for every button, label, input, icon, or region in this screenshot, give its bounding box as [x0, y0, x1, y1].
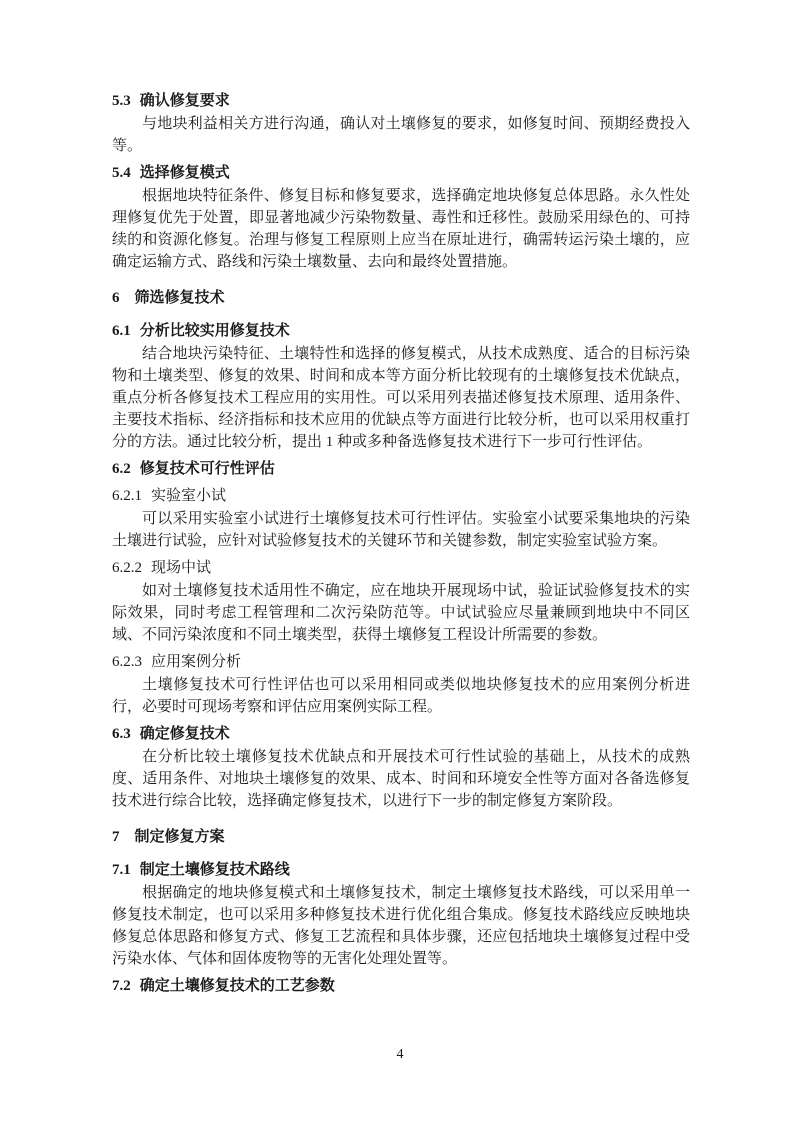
heading-title: 应用案例分析 — [151, 654, 241, 670]
section-heading-6-2-3: 6.2.3应用案例分析 — [112, 651, 690, 673]
chapter-heading-6: 6筛选修复技术 — [112, 287, 690, 309]
heading-title: 实验室小试 — [151, 488, 226, 504]
heading-title: 分析比较实用修复技术 — [140, 322, 290, 339]
heading-title: 现场中试 — [151, 560, 211, 576]
page-number: 4 — [0, 1044, 800, 1066]
heading-title: 制定土壤修复技术路线 — [140, 861, 290, 878]
section-heading-6-2-1: 6.2.1实验室小试 — [112, 485, 690, 507]
section-heading-6-2: 6.2修复技术可行性评估 — [112, 458, 690, 480]
section-heading-7-1: 7.1制定土壤修复技术路线 — [112, 859, 690, 881]
paragraph: 可以采用实验室小试进行土壤修复技术可行性评估。实验室小试要采集地块的污染土壤进行… — [112, 508, 690, 552]
heading-number: 6.2.1 — [112, 485, 142, 507]
section-heading-5-4: 5.4选择修复模式 — [112, 162, 690, 184]
heading-number: 6 — [112, 287, 120, 309]
heading-title: 修复技术可行性评估 — [140, 460, 275, 477]
heading-number: 6.2 — [112, 458, 131, 480]
section-heading-6-2-2: 6.2.2现场中试 — [112, 557, 690, 579]
heading-number: 5.4 — [112, 162, 131, 184]
document-body: 5.3确认修复要求与地块利益相关方进行沟通，确认对土壤修复的要求，如修复时间、预… — [112, 90, 690, 998]
heading-number: 6.2.2 — [112, 557, 142, 579]
paragraph: 在分析比较土壤修复技术优缺点和开展技术可行性试验的基础上，从技术的成熟度、适用条… — [112, 746, 690, 812]
heading-number: 6.1 — [112, 320, 131, 342]
heading-title: 确定土壤修复技术的工艺参数 — [140, 977, 335, 994]
section-heading-6-1: 6.1分析比较实用修复技术 — [112, 320, 690, 342]
paragraph: 结合地块污染特征、土壤特性和选择的修复模式，从技术成熟度、适合的目标污染物和土壤… — [112, 343, 690, 453]
section-heading-7-2: 7.2确定土壤修复技术的工艺参数 — [112, 975, 690, 997]
heading-title: 筛选修复技术 — [135, 289, 225, 306]
section-heading-6-3: 6.3确定修复技术 — [112, 723, 690, 745]
paragraph: 根据地块特征条件、修复目标和修复要求，选择确定地块修复总体思路。永久性处理修复优… — [112, 185, 690, 273]
heading-title: 制定修复方案 — [135, 828, 225, 845]
paragraph: 如对土壤修复技术适用性不确定，应在地块开展现场中试，验证试验修复技术的实际效果，… — [112, 580, 690, 646]
document-page: 5.3确认修复要求与地块利益相关方进行沟通，确认对土壤修复的要求，如修复时间、预… — [0, 0, 800, 1131]
section-heading-5-3: 5.3确认修复要求 — [112, 90, 690, 112]
heading-title: 确认修复要求 — [140, 92, 230, 109]
heading-title: 确定修复技术 — [140, 725, 230, 742]
heading-number: 6.2.3 — [112, 651, 142, 673]
paragraph: 与地块利益相关方进行沟通，确认对土壤修复的要求，如修复时间、预期经费投入等。 — [112, 113, 690, 157]
paragraph: 根据确定的地块修复模式和土壤修复技术，制定土壤修复技术路线，可以采用单一修复技术… — [112, 882, 690, 970]
heading-number: 5.3 — [112, 90, 131, 112]
heading-number: 7.2 — [112, 975, 131, 997]
heading-title: 选择修复模式 — [140, 164, 230, 181]
heading-number: 6.3 — [112, 723, 131, 745]
paragraph: 土壤修复技术可行性评估也可以采用相同或类似地块修复技术的应用案例分析进行，必要时… — [112, 674, 690, 718]
heading-number: 7 — [112, 826, 120, 848]
heading-number: 7.1 — [112, 859, 131, 881]
chapter-heading-7: 7制定修复方案 — [112, 826, 690, 848]
